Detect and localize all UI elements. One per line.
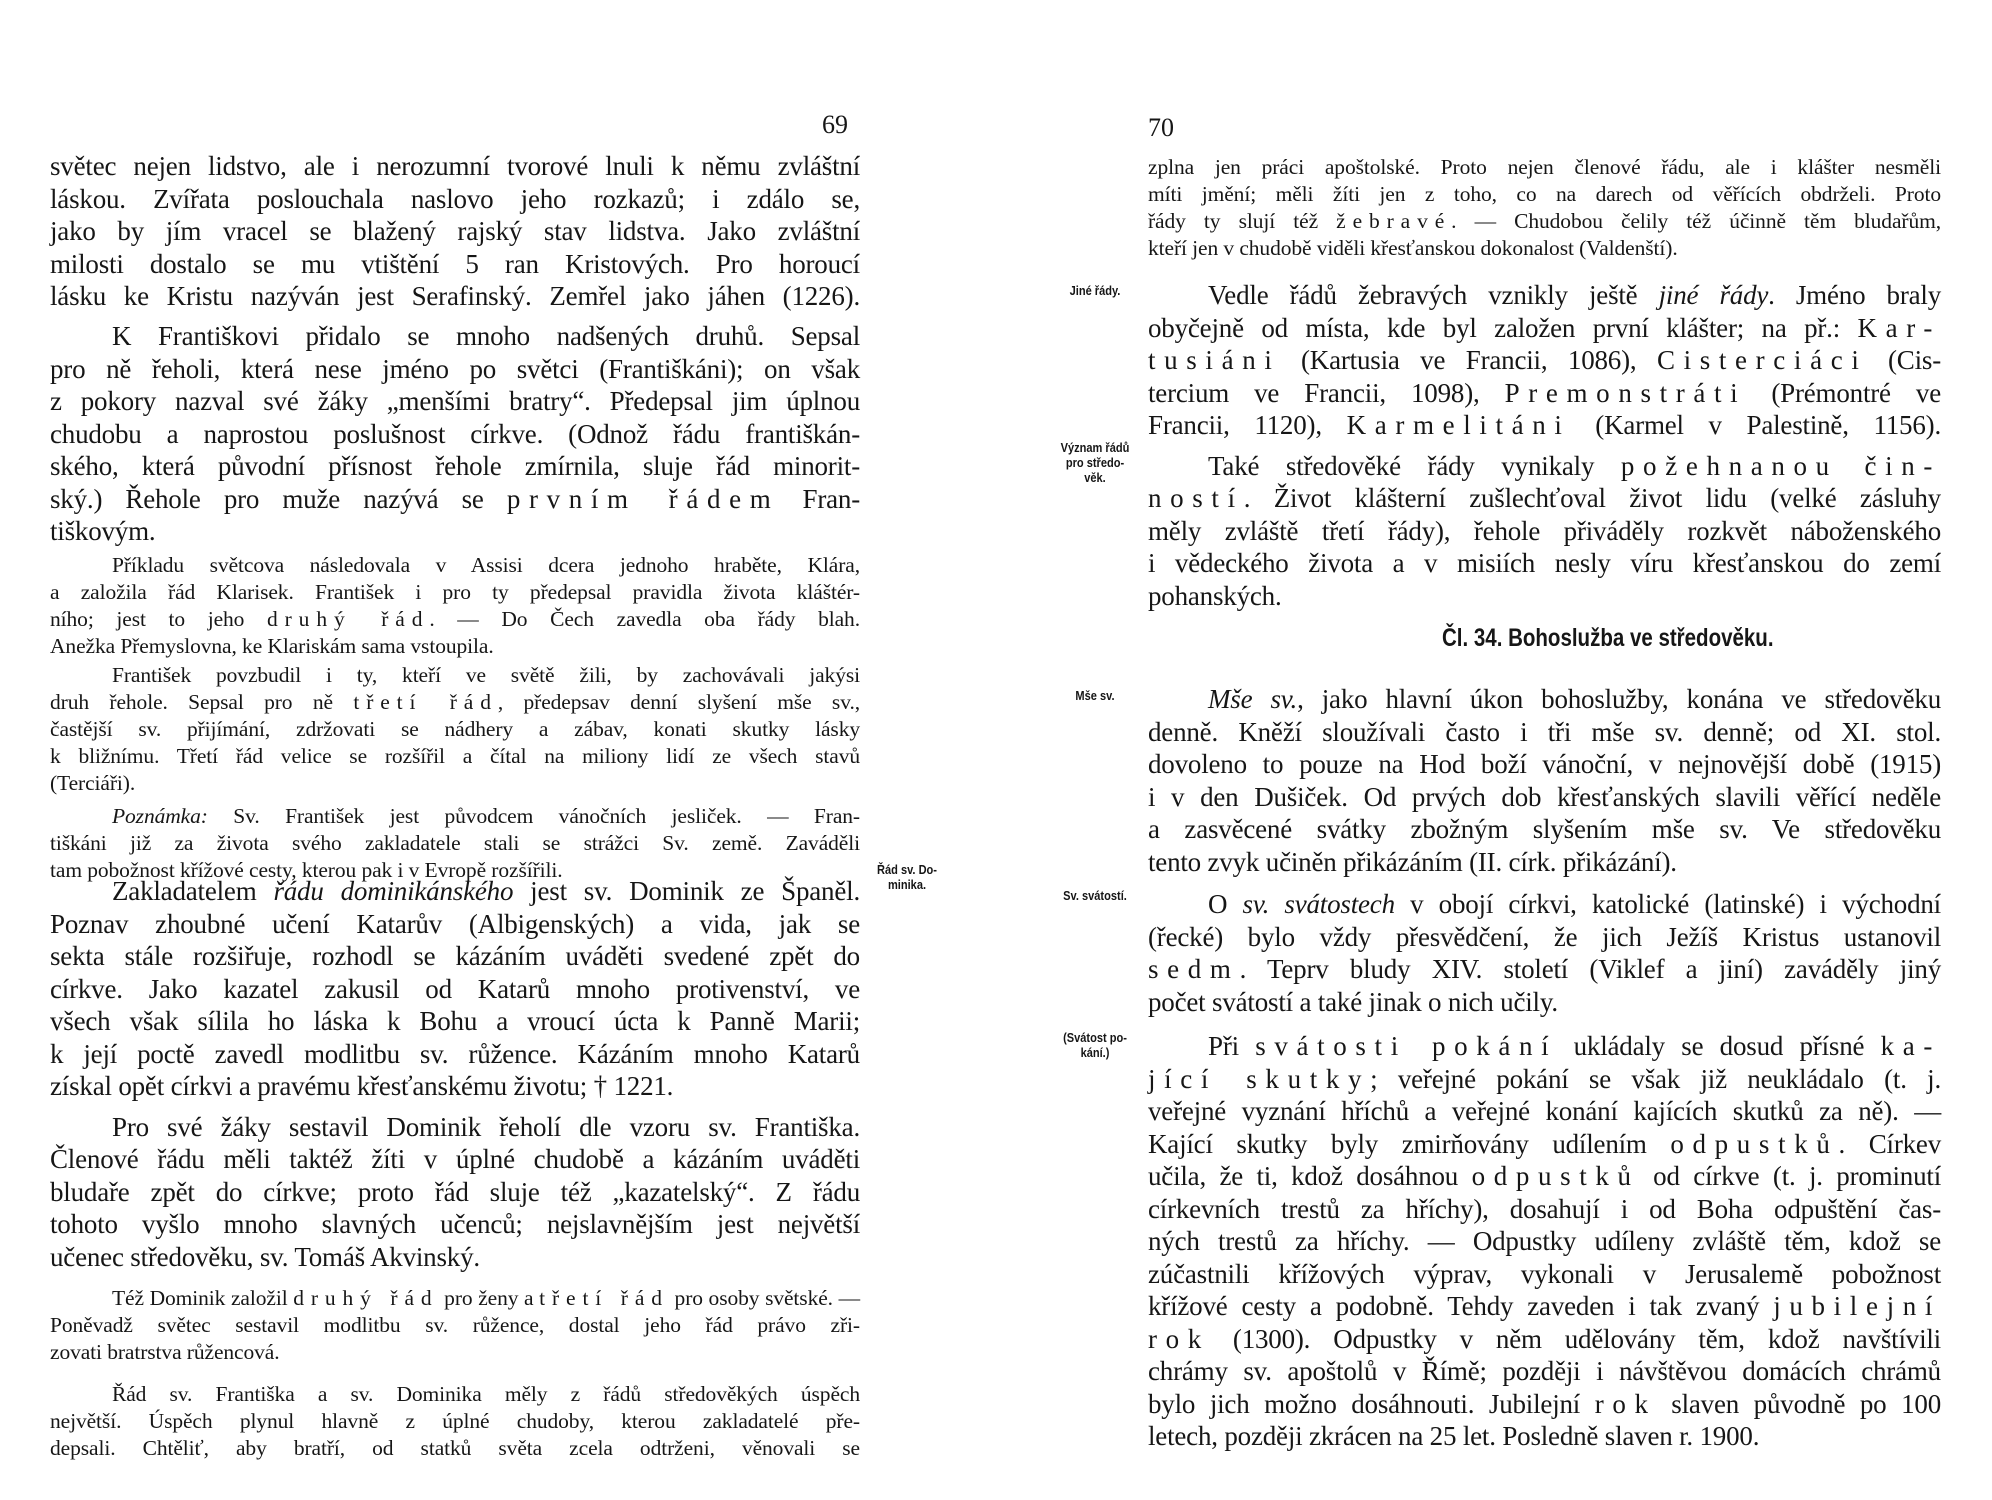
text-line: milosti dostalo se mu vtištění 5 ran Kri… bbox=[50, 248, 860, 280]
text-line: lásku ke Kristu nazýván jest Serafinský.… bbox=[50, 280, 860, 312]
margin-note: Řád sv. Do-minika. bbox=[869, 862, 946, 892]
text-line: Také středověké řády vynikaly požehnanou… bbox=[1208, 450, 1941, 482]
margin-note-line: minika. bbox=[869, 877, 946, 892]
text-line: největší. Úspěch plynul hlavně z úplné c… bbox=[50, 1408, 860, 1434]
text-line: častější sv. přijímání, zdržovati se nád… bbox=[50, 716, 860, 742]
text-line: řády ty slují též žebravé. — Chudobou če… bbox=[1148, 208, 1941, 234]
text-line: Kající skutky byly zmirňovány udílením o… bbox=[1148, 1128, 1941, 1160]
text-line: zovati bratrstva růžencová. bbox=[50, 1339, 280, 1365]
margin-note: Jiné řády. bbox=[1057, 283, 1134, 298]
left-page: 69 světec nejen lidstvo, ale i nerozumní… bbox=[0, 0, 996, 1500]
text-line: církve. Jako kazatel zakusil od Katarů m… bbox=[50, 973, 860, 1005]
text-line: a zasvěcené svátky zbožným slyšením mše … bbox=[1148, 813, 1941, 845]
text-line: denně. Kněží sloužívali často i tři mše … bbox=[1148, 716, 1941, 748]
text-line: míti jmění; měli žíti jen z toho, co na … bbox=[1148, 181, 1941, 207]
text-line: získal opět církvi a pravému křesťanském… bbox=[50, 1070, 673, 1102]
text-line: zplna jen práci apoštolské. Proto nejen … bbox=[1148, 154, 1941, 180]
text-line: měly zvláště třetí řády), řehole přivádě… bbox=[1148, 515, 1941, 547]
text-line: sedm. Teprv bludy XIV. století (Viklef a… bbox=[1148, 953, 1941, 985]
text-line: bludaře zpět do církve; proto řád sluje … bbox=[50, 1176, 860, 1208]
text-line: křížové cesty a podobně. Tehdy zaveden i… bbox=[1148, 1290, 1941, 1322]
text-line: a založila řád Klarisek. František i pro… bbox=[50, 579, 860, 605]
text-line: Poznav zhoubné učení Katarův (Albigenský… bbox=[50, 908, 860, 940]
text-line: depsali. Chtěliť, aby bratří, od statků … bbox=[50, 1435, 860, 1461]
text-line: láskou. Zvířata poslouchala naslovo jeho… bbox=[50, 183, 860, 215]
margin-note-line: Mše sv. bbox=[1057, 688, 1134, 703]
text-line: pro ně řeholi, která nese jméno po světc… bbox=[50, 353, 860, 385]
book-spread: 69 světec nejen lidstvo, ale i nerozumní… bbox=[0, 0, 1992, 1500]
text-line: druh řehole. Sepsal pro ně třetí řád, př… bbox=[50, 689, 860, 715]
text-line: tercium ve Francii, 1098), Premonstráti … bbox=[1148, 377, 1941, 409]
text-line: světec nejen lidstvo, ale i nerozumní tv… bbox=[50, 150, 860, 182]
text-line: tiškovým. bbox=[50, 515, 155, 547]
text-line: (Terciáři). bbox=[50, 770, 135, 796]
text-line: jící skutky; veřejné pokání se však již … bbox=[1148, 1063, 1941, 1095]
text-line: Pro své žáky sestavil Dominik řeholí dle… bbox=[112, 1111, 860, 1143]
text-line: pohanských. bbox=[1148, 580, 1282, 612]
text-line: Francii, 1120), Karmelitáni (Karmel v Pa… bbox=[1148, 409, 1941, 441]
page-number: 69 bbox=[822, 110, 848, 140]
margin-note-line: Význam řádů bbox=[1057, 440, 1134, 455]
text-line: všech však sílila ho láska k Bohu a vrou… bbox=[50, 1005, 860, 1037]
text-line: K Františkovi přidalo se mnoho nadšených… bbox=[112, 320, 860, 352]
text-line: rok (1300). Odpustky v něm udělovány těm… bbox=[1148, 1323, 1941, 1355]
text-line: František povzbudil i ty, kteří ve světě… bbox=[112, 662, 860, 688]
text-line: učenec středověku, sv. Tomáš Akvinský. bbox=[50, 1241, 480, 1273]
page-number: 70 bbox=[1148, 113, 1174, 143]
text-line: chudobu a naprostou poslušnost církve. (… bbox=[50, 418, 860, 450]
text-line: chrámy sv. apoštolů v Římě; později i ná… bbox=[1148, 1355, 1941, 1387]
text-line: Anežka Přemyslovna, ke Klariskám sama vs… bbox=[50, 633, 494, 659]
text-line: ského, která původní přísnost řehole zmí… bbox=[50, 450, 860, 482]
text-line: Mše sv., jako hlavní úkon bohoslužby, ko… bbox=[1208, 683, 1941, 715]
section-heading: Čl. 34. Bohoslužba ve středověku. bbox=[1442, 623, 1774, 653]
text-line: k její poctě zavedl modlitbu sv. růžence… bbox=[50, 1038, 860, 1070]
text-line: O sv. svátostech v obojí církvi, katolic… bbox=[1208, 888, 1941, 920]
text-line: Řád sv. Františka a sv. Dominika měly z … bbox=[112, 1381, 860, 1407]
text-line: i v den Dušiček. Od prvých dob křesťansk… bbox=[1148, 781, 1941, 813]
text-line: tiškáni již za života svého zakladatele … bbox=[50, 830, 860, 856]
margin-note-line: Řád sv. Do- bbox=[869, 862, 946, 877]
text-line: ský.) Řehole pro muže nazývá se prvním ř… bbox=[50, 483, 860, 515]
text-line: tusiáni (Kartusia ve Francii, 1086), Cis… bbox=[1148, 344, 1941, 376]
text-line: církevních trestů za hříchy), dosahují i… bbox=[1148, 1193, 1941, 1225]
margin-note-line: pro středo- bbox=[1057, 455, 1134, 470]
text-line: Příkladu světcova následovala v Assisi d… bbox=[112, 552, 860, 578]
text-line: Poznámka: Sv. František jest původcem vá… bbox=[112, 803, 860, 829]
text-line: obyčejně od místa, kde byl založen první… bbox=[1148, 312, 1941, 344]
text-line: z pokory nazval své žáky „menšími bratry… bbox=[50, 385, 860, 417]
margin-note-line: (Svátost po- bbox=[1057, 1030, 1134, 1045]
text-line: Členové řádu měli taktéž žíti v úplné ch… bbox=[50, 1143, 860, 1175]
text-line: jako by jím vracel se blažený rajský sta… bbox=[50, 215, 860, 247]
right-page: 70 Čl. 34. Bohoslužba ve středověku. zpl… bbox=[996, 0, 1992, 1500]
text-line: počet svátostí a také jinak o nich učily… bbox=[1148, 986, 1558, 1018]
text-line: Vedle řádů žebravých vznikly ještě jiné … bbox=[1208, 279, 1941, 311]
margin-note-line: Jiné řády. bbox=[1057, 283, 1134, 298]
text-line: veřejné vyznání hříchů a veřejné konání … bbox=[1148, 1095, 1941, 1127]
text-line: Zakladatelem řádu dominikánského jest sv… bbox=[112, 875, 860, 907]
text-line: bylo jich možno dosáhnouti. Jubilejní ro… bbox=[1148, 1388, 1941, 1420]
text-line: (řecké) bylo vždy přesvědčení, že jich J… bbox=[1148, 921, 1941, 953]
text-line: tohoto vyšlo mnoho slavných učenců; nejs… bbox=[50, 1208, 860, 1240]
text-line: ností. Život klášterní zušlechťoval živo… bbox=[1148, 482, 1941, 514]
text-line: tento zvyk učiněn přikázáním (II. círk. … bbox=[1148, 846, 1677, 878]
margin-note: (Svátost po-kání.) bbox=[1057, 1030, 1134, 1060]
text-line: kteří jen v chudobě viděli křesťanskou d… bbox=[1148, 235, 1678, 261]
text-line: ního; jest to jeho druhý řád. — Do Čech … bbox=[50, 606, 860, 632]
text-line: sekta stále rozšiřuje, rozhodl se kázání… bbox=[50, 940, 860, 972]
text-line: Při svátosti pokání ukládaly se dosud př… bbox=[1208, 1030, 1941, 1062]
text-line: letech, později zkrácen na 25 let. Posle… bbox=[1148, 1420, 1759, 1452]
text-line: dovoleno to pouze na Hod boží vánoční, v… bbox=[1148, 748, 1941, 780]
text-line: ných trestů za hříchy. — Odpustky udílen… bbox=[1148, 1225, 1941, 1257]
margin-note: Význam řádůpro středo-věk. bbox=[1057, 440, 1134, 485]
text-line: Poněvadž světec sestavil modlitbu sv. rů… bbox=[50, 1312, 860, 1338]
text-line: i vědeckého života a v misiích nesly vír… bbox=[1148, 547, 1941, 579]
text-line: zúčastnili křížových výprav, vykonali v … bbox=[1148, 1258, 1941, 1290]
margin-note: Sv. svátostí. bbox=[1057, 888, 1134, 903]
margin-note: Mše sv. bbox=[1057, 688, 1134, 703]
margin-note-line: Sv. svátostí. bbox=[1057, 888, 1134, 903]
text-line: Též Dominik založil druhý řád pro ženy a… bbox=[112, 1285, 860, 1311]
text-line: učila, že ti, kdož dosáhnou odpustků od … bbox=[1148, 1160, 1941, 1192]
margin-note-line: věk. bbox=[1057, 470, 1134, 485]
text-line: k bližnímu. Třetí řád velice se rozšířil… bbox=[50, 743, 860, 769]
margin-note-line: kání.) bbox=[1057, 1045, 1134, 1060]
